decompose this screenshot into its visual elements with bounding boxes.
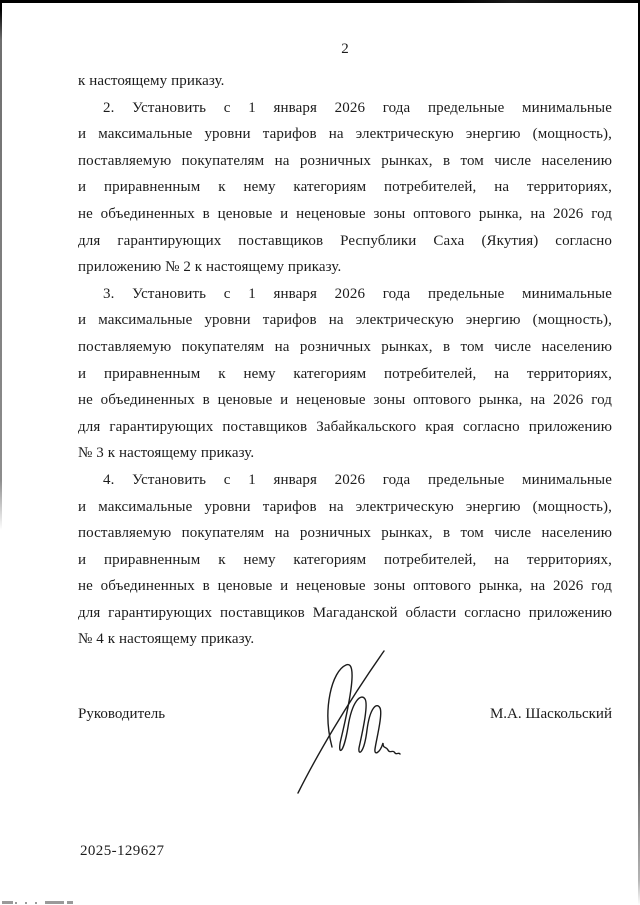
paragraph-line: и приравненным к нему категориям потреби…	[78, 547, 612, 574]
paragraph-line: и максимальные уровни тарифов на электри…	[78, 121, 612, 148]
paragraph-line: и приравненным к нему категориям потреби…	[78, 361, 612, 388]
paragraph-line: поставляемую покупателям на розничных ры…	[78, 148, 612, 175]
paragraph-line: 3. Установить с 1 января 2026 года преде…	[78, 281, 612, 308]
document-body: к настоящему приказу. 2. Установить с 1 …	[78, 68, 612, 653]
paragraph-line: для гарантирующих поставщиков Забайкальс…	[78, 414, 612, 441]
scan-edge-top	[0, 0, 640, 3]
paragraph-line: и максимальные уровни тарифов на электри…	[78, 494, 612, 521]
paragraph-line: поставляемую покупателям на розничных ры…	[78, 520, 612, 547]
paragraph-line: для гарантирующих поставщиков Республики…	[78, 228, 612, 255]
paragraph-line: и максимальные уровни тарифов на электри…	[78, 307, 612, 334]
barcode-fragment	[15, 902, 17, 904]
barcode-fragments	[0, 899, 140, 905]
paragraph-line: для гарантирующих поставщиков Магаданско…	[78, 600, 612, 627]
barcode-fragment	[35, 902, 37, 904]
paragraph-line: 4. Установить с 1 января 2026 года преде…	[78, 467, 612, 494]
barcode-fragment	[67, 901, 73, 904]
signer-title: Руководитель	[78, 703, 165, 725]
barcode-fragment	[2, 901, 13, 904]
paragraph-line: 2. Установить с 1 января 2026 года преде…	[78, 95, 612, 122]
signer-name: М.А. Шаскольский	[490, 703, 612, 725]
paragraph-line: приложению № 2 к настоящему приказу.	[78, 254, 612, 281]
paragraph-line: к настоящему приказу.	[78, 68, 612, 95]
paragraph-line: № 3 к настоящему приказу.	[78, 440, 612, 467]
paragraph-line: не объединенных в ценовые и неценовые зо…	[78, 573, 612, 600]
document-number: 2025-129627	[80, 842, 164, 860]
document-page: 2 к настоящему приказу. 2. Установить с …	[0, 0, 640, 905]
barcode-fragment	[45, 901, 64, 904]
paragraph-line: поставляемую покупателям на розничных ры…	[78, 334, 612, 361]
scan-edge-left	[0, 0, 2, 530]
page-number: 2	[78, 40, 612, 58]
paragraph-line: не объединенных в ценовые и неценовые зо…	[78, 387, 612, 414]
paragraph-line: не объединенных в ценовые и неценовые зо…	[78, 201, 612, 228]
paragraph-line: и приравненным к нему категориям потреби…	[78, 174, 612, 201]
signature	[288, 643, 408, 799]
barcode-fragment	[25, 902, 27, 904]
